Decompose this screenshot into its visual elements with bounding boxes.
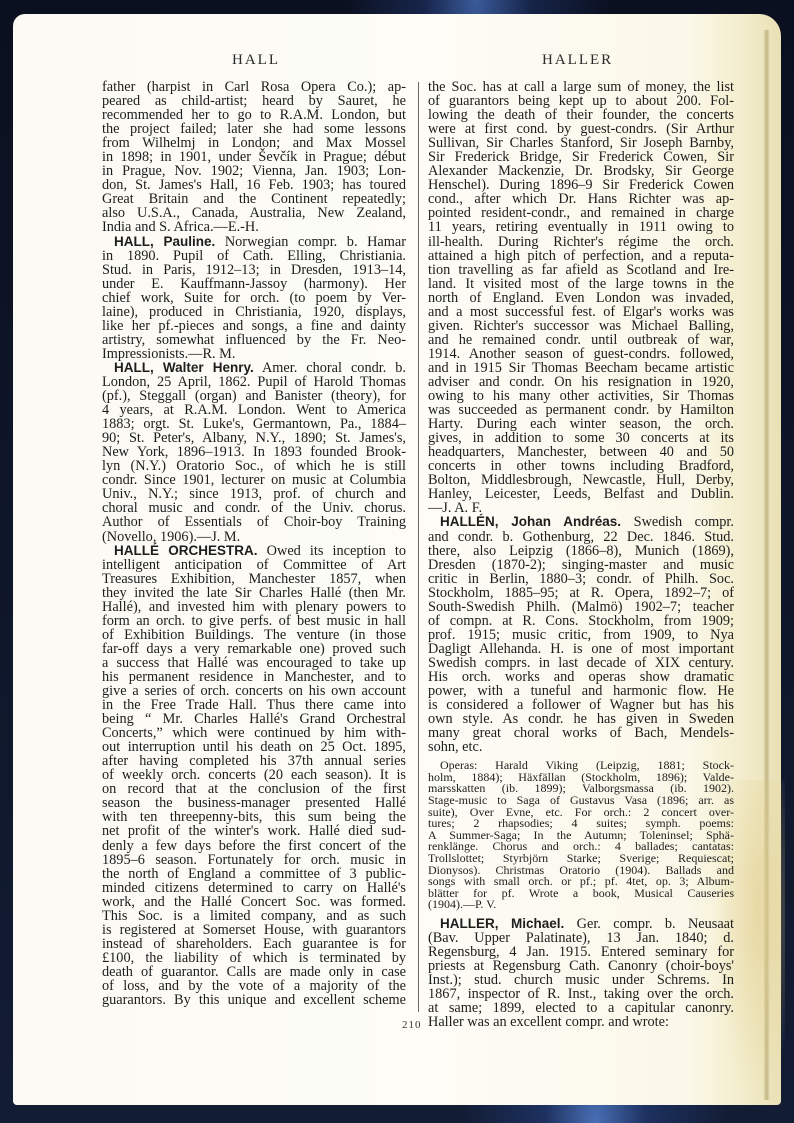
- text-line: choral music and condr. of the Univ. cho…: [102, 501, 406, 515]
- text-line: 11 years, retiring eventually in 1911 ow…: [428, 220, 734, 234]
- entry-headword: HALL, Walter Henry.: [114, 360, 254, 375]
- text-line: attained a high pitch of perfection, and…: [428, 249, 734, 263]
- text-line: New York, 1896–1913. In 1893 founded Bro…: [102, 445, 406, 459]
- text-line: and he remained condr. until outbreak of…: [428, 333, 734, 347]
- text-line: pointed resident-condr., and remained in…: [428, 206, 734, 220]
- text-line: in the Free Trade Hall. Thus there came …: [102, 698, 406, 712]
- text-line: Swedish comprs. in last decade of XIX ce…: [428, 656, 734, 670]
- text-line: and a most successful fest. of Elgar's w…: [428, 305, 734, 319]
- works-list: Operas: Harald Viking (Leipzig, 1881; St…: [428, 760, 734, 911]
- text-line: is registered at Somerset House, with gu…: [102, 923, 406, 937]
- text-line: headquarters, Manchester, between 40 and…: [428, 445, 734, 459]
- text-line: Stud. in Paris, 1912–13; in Dresden, 191…: [102, 263, 406, 277]
- text-line: critic in Berlin, 1880–3; condr. of Phil…: [428, 572, 734, 586]
- text-line: lowing the death of their founder, the c…: [428, 108, 734, 122]
- text-line: land. It visited most of the large towns…: [428, 277, 734, 291]
- entry-headword-line: HALL, Walter Henry. Amer. choral condr. …: [102, 361, 406, 375]
- text-line: in 1898; in 1901, under Ševčík in Prague…: [102, 150, 406, 164]
- text-line: his permanent residence in Manchester, a…: [102, 670, 406, 684]
- text-line: of Exhibition Buildings. The venture (in…: [102, 628, 406, 642]
- text-line: power, with a tuneful and harmonic flow.…: [428, 684, 734, 698]
- text-line: 1883; orgt. St. Luke's, Germantown, Pa.,…: [102, 417, 406, 431]
- text-line: north of England. Even London was invade…: [428, 291, 734, 305]
- text-line: (1904).—P. V.: [428, 899, 734, 911]
- running-head-left: HALL: [232, 52, 280, 69]
- text-line: South-Swedish Philh. (Malmö) 1902–7; tea…: [428, 600, 734, 614]
- text-line: give a series of orch. concerts on his o…: [102, 684, 406, 698]
- text-line: concerts in other towns including Bradfo…: [428, 459, 734, 473]
- text-line: and in 1915 Sir Thomas Beecham became ar…: [428, 361, 734, 375]
- text-line: minded citizens determined to carry on H…: [102, 881, 406, 895]
- text-line: London, 25 April, 1862. Pupil of Harold …: [102, 375, 406, 389]
- text-line: 1914. Another season of guest-condrs. fo…: [428, 347, 734, 361]
- text-line: Alexander Mackenzie, Dr. Brodsky, Sir Ge…: [428, 164, 734, 178]
- text-line: of weekly orch. concerts (20 each season…: [102, 768, 406, 782]
- text-line: cond., after which Dr. Hans Richter was …: [428, 192, 734, 206]
- text-line: Concerts,” which were continued by him w…: [102, 726, 406, 740]
- text-line: of compn. at R. Cons. Stockholm, from 19…: [428, 614, 734, 628]
- text-line: own style. As condr. he has given in Swe…: [428, 712, 734, 726]
- text-line: India and S. Africa.—E.-H.: [102, 220, 406, 234]
- running-head-right: HALLER: [542, 52, 613, 69]
- text-line: 1867, inspector of R. Inst., taking over…: [428, 987, 734, 1001]
- text-line: out interruption until his death on 25 O…: [102, 740, 406, 754]
- text-line: don, St. James's Hall, 16 Feb. 1903; has…: [102, 178, 406, 192]
- text-line: denly a few days before the first concer…: [102, 839, 406, 853]
- text-line: lyn (N.Y.) Oratorio Soc., of which he is…: [102, 459, 406, 473]
- text-line: they invited the late Sir Charles Hallé …: [102, 586, 406, 600]
- text-line: (Bav. Upper Palatinate), 13 Jan. 1840; d…: [428, 931, 734, 945]
- text-line: net profit of the winter's work. Hallé d…: [102, 824, 406, 838]
- line-text: sohn, etc.: [428, 739, 482, 755]
- text-line: work, and the Hallé Concert Soc. was for…: [102, 895, 406, 909]
- text-line: Harty. During each winter season, the or…: [428, 417, 734, 431]
- text-line: gives, in addition to some 30 concerts a…: [428, 431, 734, 445]
- text-line: also U.S.A., Canada, Australia, New Zeal…: [102, 206, 406, 220]
- text-line: 4 years, at R.A.M. London. Went to Ameri…: [102, 403, 406, 417]
- text-line: condr. Since 1901, lecturer on music at …: [102, 473, 406, 487]
- text-line: father (harpist in Carl Rosa Opera Co.);…: [102, 80, 406, 94]
- text-line: season the business-manager presented Ha…: [102, 796, 406, 810]
- text-line: priests at Regensburg Cath. Canonry (cho…: [428, 959, 734, 973]
- text-line: ill-health. During Richter's régime the …: [428, 235, 734, 249]
- text-line: the north of England a committee of 3 pu…: [102, 867, 406, 881]
- text-line: adviser and condr. On his resignation in…: [428, 375, 734, 389]
- line-text: (1904).—P. V.: [428, 897, 496, 911]
- entry-headword: HALL, Pauline.: [114, 234, 215, 249]
- text-line: intelligent anticipation of Committee of…: [102, 558, 406, 572]
- text-line: form an orch. to give perfs. of best mus…: [102, 614, 406, 628]
- text-line: the Soc. has at call a large sum of mone…: [428, 80, 734, 94]
- text-line: His orch. works and operas show dramatic: [428, 670, 734, 684]
- text-line: on record that at the conclusion of the …: [102, 782, 406, 796]
- text-line: peared as child-artist; heard by Sauret,…: [102, 94, 406, 108]
- text-line: Regensburg, 4 Jan. 1915. Entered seminar…: [428, 945, 734, 959]
- text-line: Sir Frederick Bridge, Sir Frederick Cowe…: [428, 150, 734, 164]
- page-number: 210: [402, 1019, 422, 1031]
- text-line: —J. A. F.: [428, 501, 734, 515]
- text-line: Hallé), and invested him with plenary po…: [102, 600, 406, 614]
- text-line: Impressionists.—R. M.: [102, 347, 406, 361]
- left-column: father (harpist in Carl Rosa Opera Co.);…: [102, 80, 406, 1007]
- text-line: 90; St. Peter's, Albany, N.Y., 1890; St.…: [102, 431, 406, 445]
- text-line: Sullivan, Sir Charles Stanford, Sir Jose…: [428, 136, 734, 150]
- entry-headword: HALLÉN, Johan Andréas.: [440, 514, 621, 529]
- text-line: being “ Mr. Charles Hallé's Grand Orches…: [102, 712, 406, 726]
- text-line: chief work, Suite for orch. (to poem by …: [102, 291, 406, 305]
- text-line: instead of shareholders. Each guarantee …: [102, 937, 406, 951]
- column-rule: [418, 82, 419, 1012]
- text-line: Haller was an excellent compr. and wrote…: [428, 1015, 734, 1029]
- text-line: guarantors. By this unique and excellent…: [102, 993, 406, 1007]
- text-line: under E. Kauffmann-Jassoy (harmony). Her: [102, 277, 406, 291]
- text-line: This Soc. is a limited company, and as s…: [102, 909, 406, 923]
- entry-headword-line: HALLER, Michael. Ger. compr. b. Neusaat: [428, 917, 734, 931]
- text-line: laine), produced in Christiania, 1920, d…: [102, 305, 406, 319]
- text-line: many great choral works of Bach, Mendels…: [428, 726, 734, 740]
- text-line: is considered a follower of Wagner but h…: [428, 698, 734, 712]
- line-text: guarantors. By this unique and excellent…: [102, 992, 406, 1008]
- text-line: Inst.); stud. church music under Schrems…: [428, 973, 734, 987]
- text-line: Great Britain and the Continent repeated…: [102, 192, 406, 206]
- entry-headword: HALLER, Michael.: [440, 916, 564, 931]
- text-line: Dresden (1870-2); singing-master and mus…: [428, 558, 734, 572]
- text-line: Hanley, Leicester, Leeds, Belfast and Du…: [428, 487, 734, 501]
- text-line: far-off days a very remarkable one) prov…: [102, 642, 406, 656]
- text-line: at same; 1899, elected to a capitular ca…: [428, 1001, 734, 1015]
- text-line: there, also Leipzig (1866–8), Munich (18…: [428, 544, 734, 558]
- text-line: artistry, somewhat influenced by the Fr.…: [102, 333, 406, 347]
- text-line: Univ., N.Y.; since 1913, prof. of church…: [102, 487, 406, 501]
- text-line: £100, the liability of which is terminat…: [102, 951, 406, 965]
- text-line: (pf.), Steggall (organ) and Banister (th…: [102, 389, 406, 403]
- text-line: Henschel). During 1896–9 Sir Frederick C…: [428, 178, 734, 192]
- text-line: like her pf.-pieces and songs, a fine an…: [102, 319, 406, 333]
- text-line: with ten threepenny-bits, this sum being…: [102, 810, 406, 824]
- text-line: after having completed his 37th annual s…: [102, 754, 406, 768]
- line-text: Haller was an excellent compr. and wrote…: [428, 1014, 669, 1030]
- text-line: the project failed; later she had some l…: [102, 122, 406, 136]
- text-line: death of guarantor. Calls are made only …: [102, 965, 406, 979]
- text-line: were at first cond. by guest-condrs. (Si…: [428, 122, 734, 136]
- entry-headword-line: HALLÉN, Johan Andréas. Swedish compr.: [428, 515, 734, 529]
- text-line: a success that Hallé was encouraged to t…: [102, 656, 406, 670]
- text-line: sohn, etc.: [428, 740, 734, 754]
- text-line: of loss, and by the vote of a majority o…: [102, 979, 406, 993]
- text-line: 1895–6 season. Fortunately for orch. mus…: [102, 853, 406, 867]
- right-column-end: HALLER, Michael. Ger. compr. b. Neusaat(…: [428, 917, 734, 1029]
- text-line: Bolton, Middlesbrough, Newcastle, Hull, …: [428, 473, 734, 487]
- text-line: in Prague, Nov. 1902; Vienna, Jan. 1903;…: [102, 164, 406, 178]
- text-line: given. Richter's successor was Michael B…: [428, 319, 734, 333]
- right-column: the Soc. has at call a large sum of mone…: [428, 80, 734, 1029]
- entry-headword-line: HALL, Pauline. Norwegian compr. b. Hamar: [102, 235, 406, 249]
- text-line: of guarantors being kept up to about 200…: [428, 94, 734, 108]
- text-line: prof. 1915; music critic, from 1909, to …: [428, 628, 734, 642]
- text-line: recommended her to go to R.A.M. London, …: [102, 108, 406, 122]
- text-line: Stockholm, 1885–95; at R. Opera, 1892–7;…: [428, 586, 734, 600]
- text-line: and condr. b. Gothenburg, 22 Dec. 1846. …: [428, 530, 734, 544]
- right-column-main: the Soc. has at call a large sum of mone…: [428, 80, 734, 754]
- text-line: Dagligt Allehanda. H. is one of most imp…: [428, 642, 734, 656]
- text-line: tion travelling as far afield as Scotlan…: [428, 263, 734, 277]
- text-line: in 1890. Pupil of Cath. Elling, Christia…: [102, 249, 406, 263]
- text-line: was succeeded as permanent condr. by Ham…: [428, 403, 734, 417]
- text-line: (Novello, 1906).—J. M.: [102, 530, 406, 544]
- text-line: owing to his many other activities, Sir …: [428, 389, 734, 403]
- entry-headword-line: HALLÉ ORCHESTRA. Owed its inception to: [102, 544, 406, 558]
- entry-headword: HALLÉ ORCHESTRA.: [114, 543, 258, 558]
- text-line: Treasures Exhibition, Manchester 1857, w…: [102, 572, 406, 586]
- text-line: Author of Essentials of Choir-boy Traini…: [102, 515, 406, 529]
